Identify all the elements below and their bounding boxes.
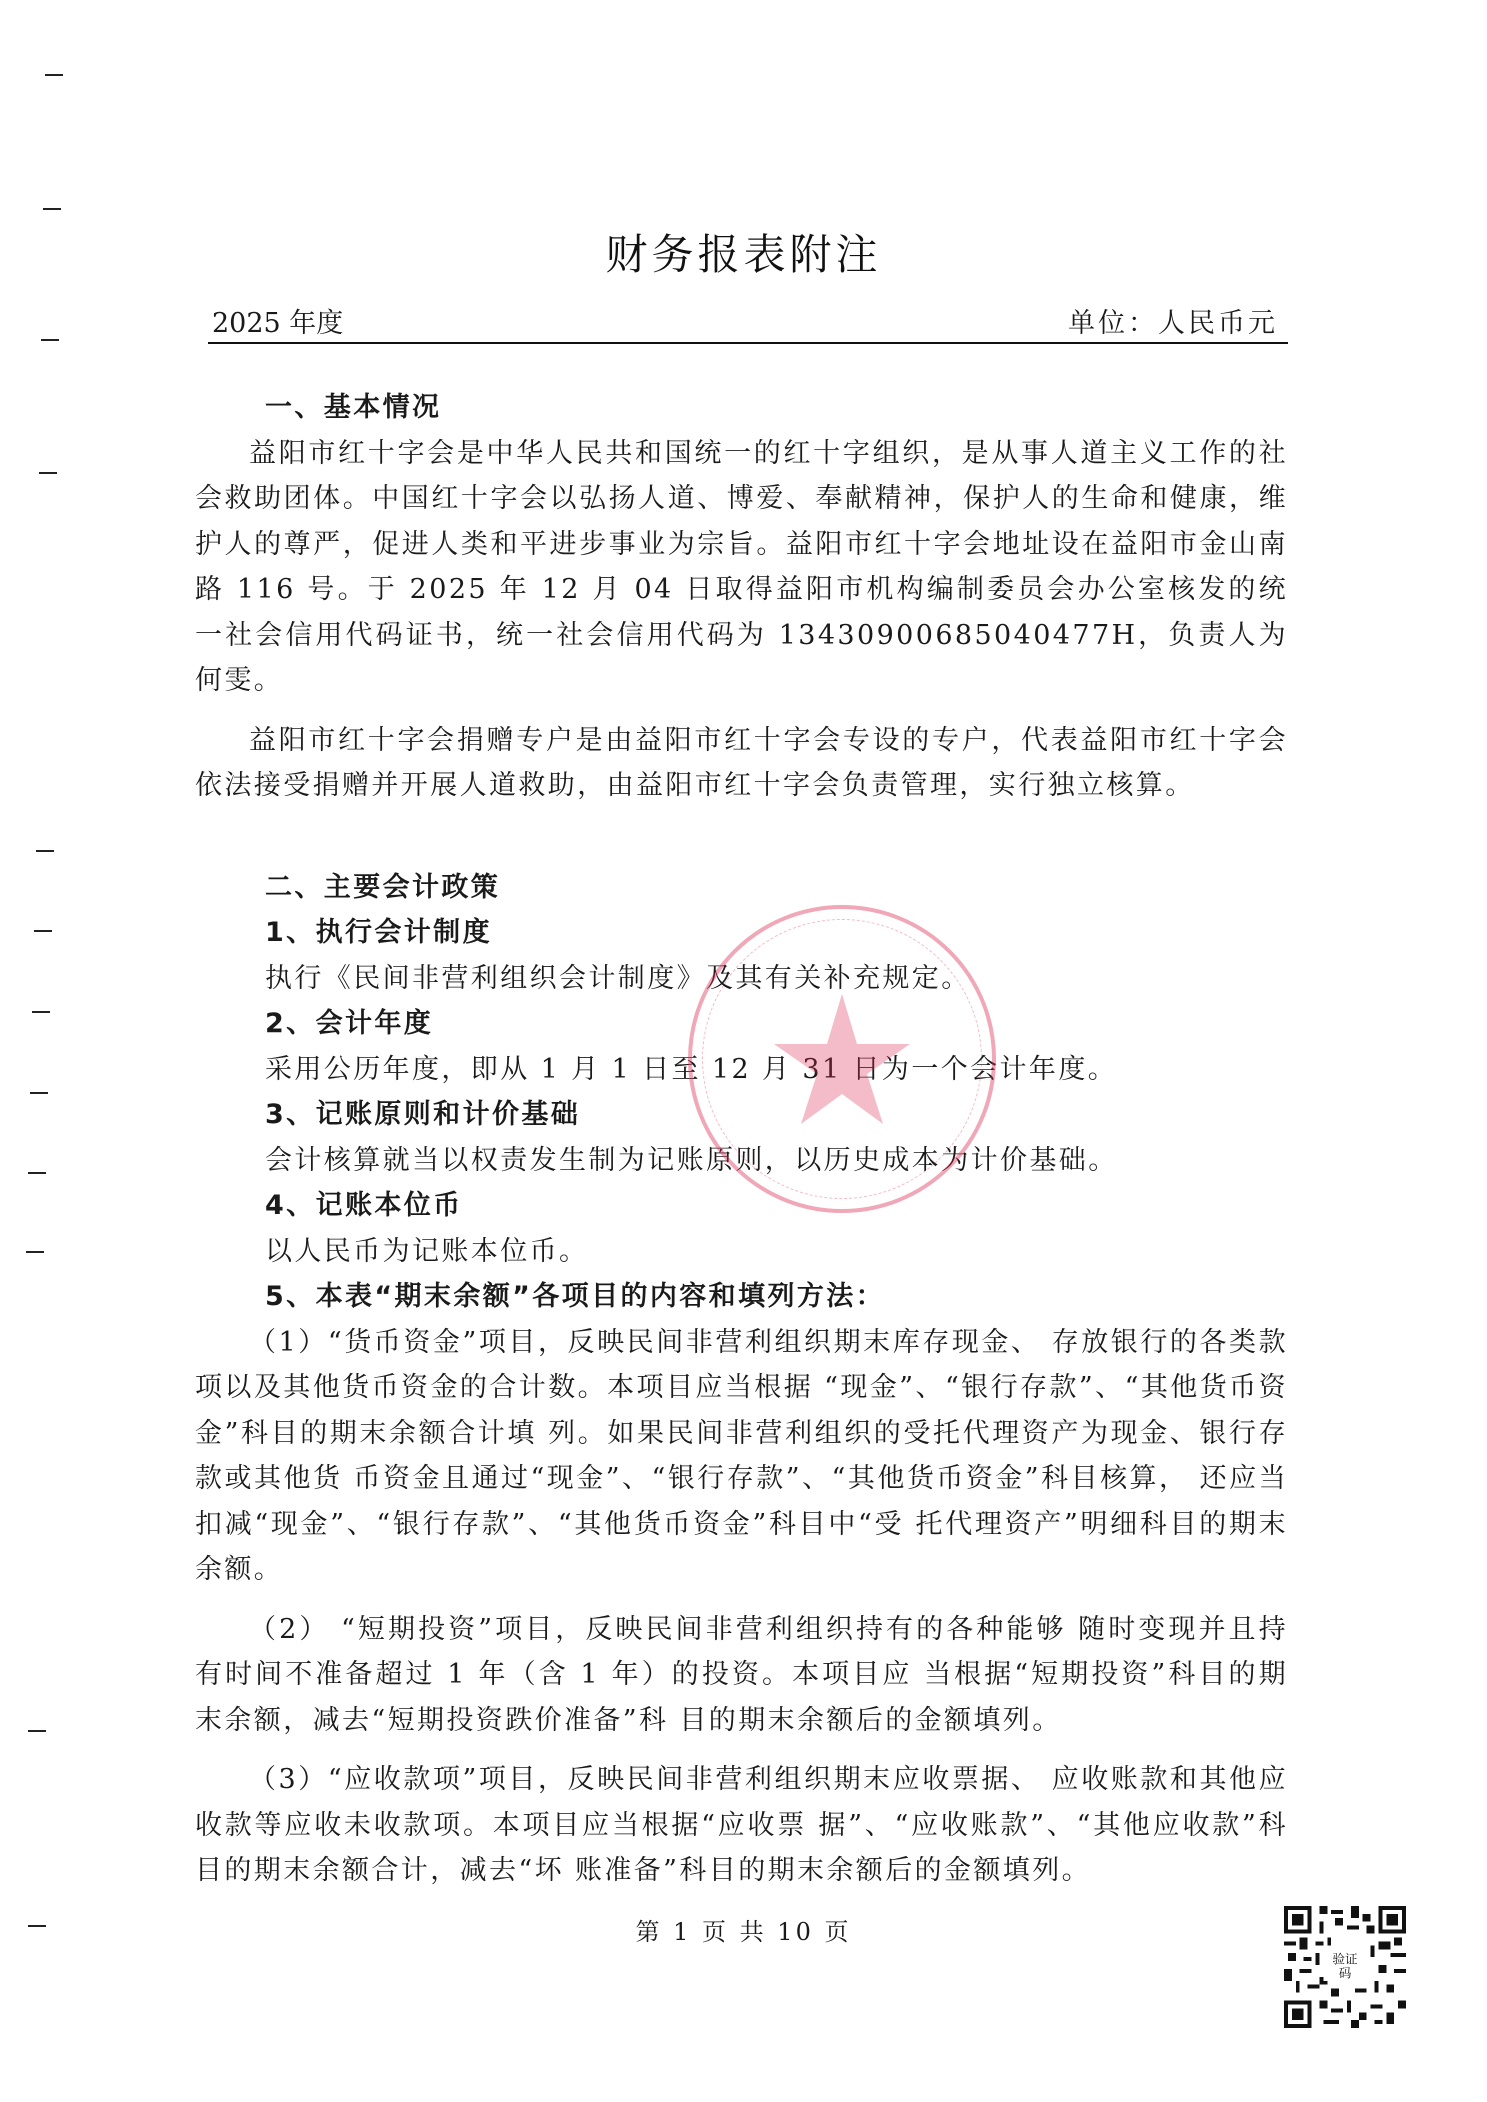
subheading: 1、执行会计制度 (195, 910, 1288, 956)
margin-mark (45, 74, 63, 76)
margin-mark (26, 1251, 44, 1253)
section-heading-basic: 一、基本情况 (195, 385, 1288, 431)
margin-mark (43, 208, 61, 210)
subheading: 2、会计年度 (195, 1001, 1288, 1047)
margin-mark (41, 339, 59, 341)
subheading: 3、记账原则和计价基础 (195, 1092, 1288, 1138)
subheading: 4、记账本位币 (195, 1183, 1288, 1229)
section-heading-policies: 二、主要会计政策 (195, 865, 1288, 911)
margin-mark (28, 1172, 46, 1174)
margin-mark (30, 1092, 48, 1094)
margin-mark (32, 1011, 50, 1013)
subheading: 5、本表“期末余额”各项目的内容和填列方法： (195, 1274, 1288, 1320)
margin-mark (28, 1730, 46, 1732)
paragraph: 益阳市红十字会是中华人民共和国统一的红十字组织，是从事人道主义工作的社会救助团体… (195, 431, 1288, 704)
paragraph: （1）“货币资金”项目，反映民间非营利组织期末库存现金、 存放银行的各类款项以及… (195, 1320, 1288, 1593)
paragraph: 会计核算就当以权责发生制为记账原则，以历史成本为计价基础。 (195, 1138, 1288, 1184)
qr-code-icon: 验证 码 (1283, 1906, 1407, 2028)
svg-text:验证: 验证 (1332, 1951, 1358, 1966)
document-body: 一、基本情况 益阳市红十字会是中华人民共和国统一的红十字组织，是从事人道主义工作… (195, 385, 1288, 1894)
paragraph: 益阳市红十字会捐赠专户是由益阳市红十字会专设的专户，代表益阳市红十字会依法接受捐… (195, 718, 1288, 809)
paragraph: （2） “短期投资”项目，反映民间非营利组织持有的各种能够 随时变现并且持有时间… (195, 1607, 1288, 1744)
fiscal-year-label: 2025 年度 (212, 301, 343, 340)
currency-unit-label: 单位：人民币元 (1068, 301, 1278, 340)
paragraph: （3）“应收款项”项目，反映民间非营利组织期末应收票据、 应收账款和其他应收款等… (195, 1757, 1288, 1894)
document-title: 财务报表附注 (0, 222, 1487, 282)
paragraph: 以人民币为记账本位币。 (195, 1229, 1288, 1275)
margin-mark (34, 930, 52, 932)
paragraph: 采用公历年度，即从 1 月 1 日至 12 月 31 日为一个会计年度。 (195, 1047, 1288, 1093)
margin-mark (36, 850, 54, 852)
page-number: 第 1 页 共 10 页 (0, 1912, 1487, 1947)
paragraph: 执行《民间非营利组织会计制度》及其有关补充规定。 (195, 956, 1288, 1002)
document-meta-row: 2025 年度 单位：人民币元 (208, 298, 1288, 344)
svg-text:码: 码 (1339, 1966, 1352, 1981)
margin-mark (39, 472, 57, 474)
